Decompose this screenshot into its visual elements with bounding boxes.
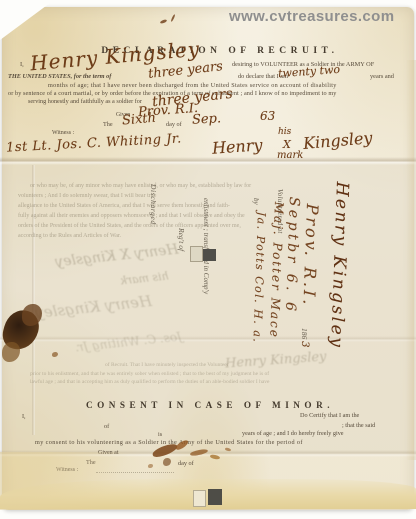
- witness-label: Witness :: [52, 130, 74, 136]
- docket-by-label: by: [252, 198, 260, 205]
- docket-year-handwriting: 3: [299, 341, 310, 347]
- consent-that-said: ; that the said: [342, 422, 375, 429]
- docket-year-printed: 186: [300, 328, 309, 339]
- his-label-handwriting: his: [278, 127, 291, 137]
- watermark-square-light: [193, 490, 206, 507]
- declaration-line2-post: years and: [370, 73, 394, 80]
- docket-place-handwriting: Prov. R.I.: [299, 203, 322, 308]
- bleedthrough-line: of Recruit. That I have minutely inspect…: [105, 362, 229, 368]
- site-watermark: www.cvtreasures.com: [229, 8, 394, 25]
- bleedthrough-line: allegiance to the United States of Ameri…: [18, 203, 230, 209]
- bleedthrough-line: or who may be, of any minor who may have…: [30, 183, 251, 189]
- scanned-document-photo: www.cvtreasures.com DECLARATION OF RECRU…: [0, 0, 416, 519]
- watermark-square-dark: [208, 489, 222, 505]
- day-of-label: day of: [166, 121, 182, 128]
- bleedthrough-line: prior to his enlistment, and that he was…: [30, 371, 269, 377]
- bleedthrough-line: according to the Rules and Articles of W…: [18, 233, 121, 239]
- declaration-i-label: I,: [20, 61, 24, 68]
- paper-stain-bottom-left: [0, 452, 160, 510]
- declaration-line3: months of age; that I have never been di…: [48, 82, 337, 89]
- consent-day-of-label: day of: [178, 460, 194, 467]
- consent-is-label: is: [158, 431, 162, 438]
- consent-certify-text: Do Certify that I am the: [300, 412, 359, 419]
- docket-regt-label: Reg't of: [177, 228, 186, 251]
- paper-stain-right-edge: [406, 60, 416, 460]
- consent-title: CONSENT IN CASE OF MINOR.: [70, 400, 350, 410]
- consent-of-label: of: [104, 423, 109, 430]
- docket-year: 186 3: [299, 328, 310, 348]
- declaration-line5: serving honestly and faithfully as a sol…: [28, 98, 142, 105]
- docket-enlistment-label: enlistment ; transferred in Comp'y: [202, 198, 210, 294]
- docket-discharged-label: Discharged: [149, 184, 158, 225]
- declaration-line2-pre: THE UNITED STATES, for the term of: [8, 73, 111, 80]
- bleedthrough-line: fully against all their enemies and oppo…: [18, 213, 245, 219]
- consent-years-text: years of age ; and I do hereby freely gi…: [242, 430, 344, 437]
- watermark-square-light: [190, 246, 203, 262]
- fold-crease: [0, 336, 416, 342]
- day-handwriting: Sixth: [121, 111, 156, 129]
- recruit-signature-first: Henry: [211, 135, 263, 157]
- bleedthrough-line: volunteers ; And I do solemnly swear, th…: [18, 193, 156, 199]
- fold-crease: [0, 157, 416, 165]
- year-handwriting: 63: [260, 109, 275, 123]
- consent-i-label: I,: [22, 413, 26, 420]
- month-handwriting: Sep.: [192, 111, 222, 128]
- watermark-square-dark: [203, 249, 216, 261]
- bleedthrough-line: lawful age ; and that in accepting him a…: [30, 379, 269, 385]
- the-label: The: [103, 121, 113, 128]
